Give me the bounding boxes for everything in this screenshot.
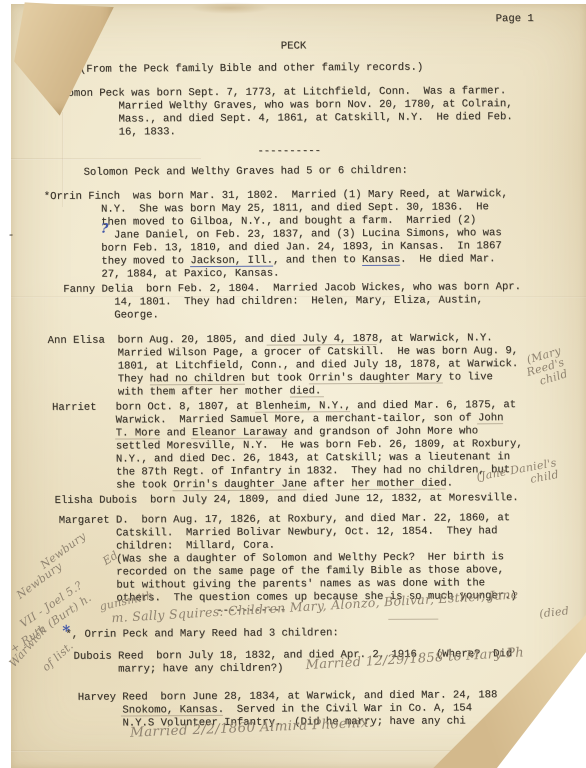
handwritten-blue-asterisk: * [62,625,70,637]
paragraph-ann-elisa: Ann Elisa born Aug. 20, 1805, and died J… [48,332,519,400]
page-number: Page 1 [496,13,534,26]
document-subtitle: (From the Peck family Bible and other fa… [80,62,423,77]
orrin-children-intro-line: *, Orrin Peck and Mary Reed had 3 childr… [65,627,338,642]
document-title: PECK [281,40,307,53]
paragraph-fanny-delia: Fanny Delia born Feb. 2, 1804. Married J… [63,281,521,323]
document-content: Page 1 PECK (From the Peck family Bible … [0,0,586,768]
margin-dash-mark: - [9,228,13,240]
paragraph-harriet: Harriet born Oct. 8, 1807, at Blenheim, … [52,399,523,493]
underline-mark-died [290,396,324,397]
section-divider: ---------- [257,145,321,158]
handwritten-note-died: (died [539,605,570,620]
handwritten-question-mark: ? [101,224,109,236]
paragraph-elisha-dubois: Elisha Dubois born July 24, 1809, and di… [55,492,519,508]
paragraph-orrin-finch: *Orrin Finch was born Mar. 31, 1802. Mar… [44,188,509,282]
children-intro-line: Solomon Peck and Welthy Graves had 5 or … [84,165,408,180]
handwritten-margin-note-of-list: of list. [40,640,76,674]
scanned-document-page: Page 1 PECK (From the Peck family Bible … [0,0,586,768]
underline-mark-john [477,423,503,424]
underline-mark-bolivar [388,619,438,620]
paragraph-solomon-peck: *Solomon Peck was born Sept. 7, 1773, at… [42,85,513,140]
